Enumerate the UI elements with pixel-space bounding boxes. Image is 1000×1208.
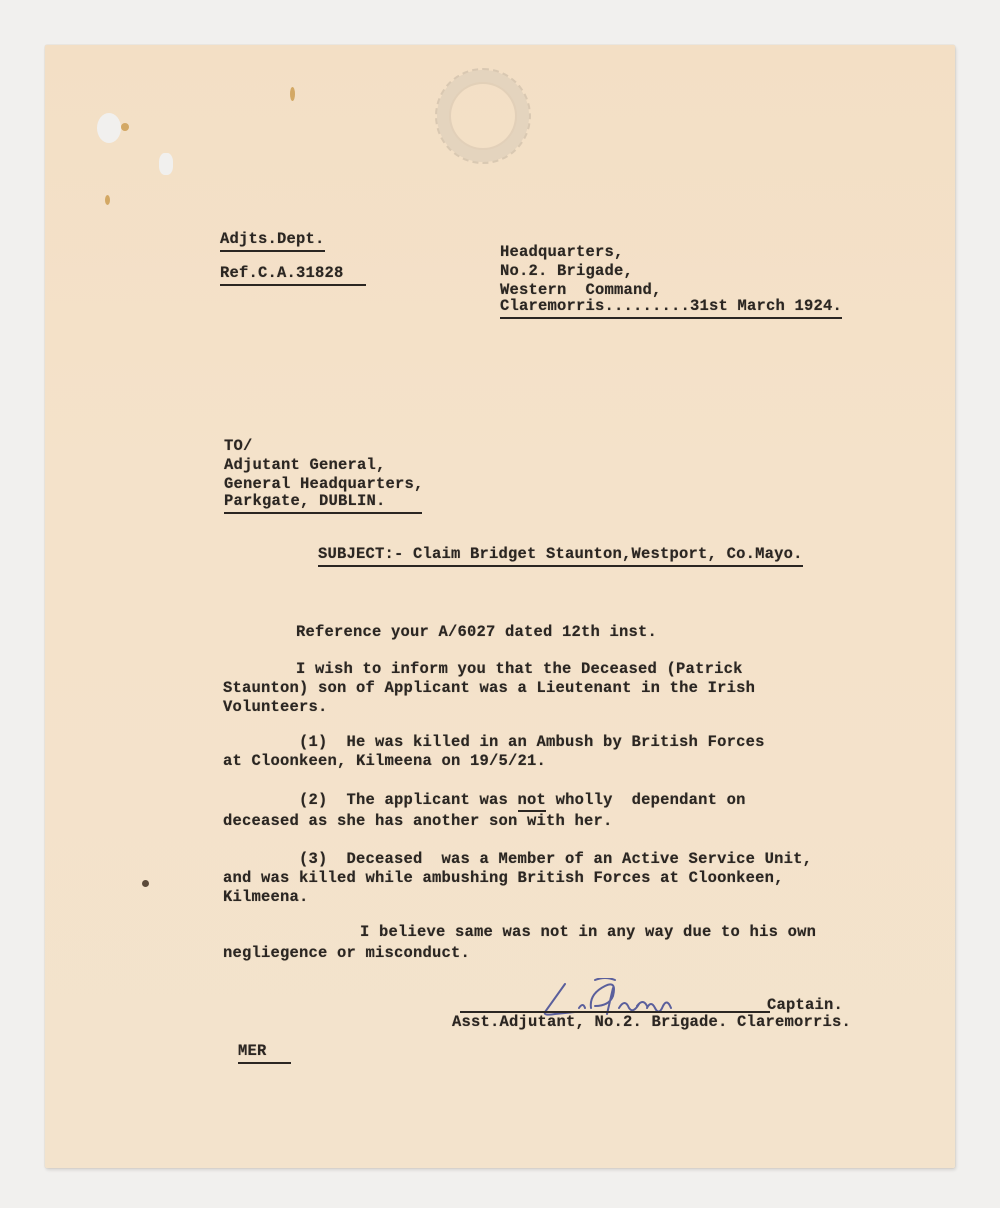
recipient-address-line: Adjutant General, [224, 456, 386, 475]
paragraph-line: Staunton) son of Applicant was a Lieuten… [223, 679, 755, 698]
item-3-line: (3) Deceased was a Member of an Active S… [299, 850, 812, 869]
closing-line: negliegence or misconduct. [223, 944, 470, 963]
item-2-line: (2) The applicant was not wholly dependa… [299, 791, 746, 810]
emphasis-not: not [518, 791, 547, 812]
sender-address-line: Headquarters, [500, 243, 624, 262]
subject-line: SUBJECT:- Claim Bridget Staunton,Westpor… [318, 545, 803, 567]
typist-initials: MER [238, 1042, 291, 1064]
paragraph-line: I wish to inform you that the Deceased (… [296, 660, 743, 679]
sender-address-line: No.2. Brigade, [500, 262, 633, 281]
ink-spot [142, 880, 149, 887]
item-3-line: and was killed while ambushing British F… [223, 869, 784, 888]
department-label: Adjts.Dept. [220, 230, 325, 252]
reference-line: Reference your A/6027 dated 12th inst. [296, 623, 657, 642]
item-2-line: deceased as she has another son with her… [223, 812, 613, 831]
embossed-seal-icon [435, 68, 531, 164]
item-2-suffix: wholly dependant on [546, 791, 746, 809]
rust-stain [121, 123, 129, 131]
rust-stain [290, 87, 295, 101]
item-1-line: (1) He was killed in an Ambush by Britis… [299, 733, 765, 752]
closing-line: I believe same was not in any way due to… [360, 923, 816, 942]
punch-hole [159, 153, 173, 175]
punch-hole [97, 113, 121, 143]
recipient-address-line: Parkgate, DUBLIN. [224, 492, 422, 514]
item-3-line: Kilmeena. [223, 888, 309, 907]
signatory-title: Asst.Adjutant, No.2. Brigade. Claremorri… [452, 1013, 851, 1032]
to-label: TO/ [224, 437, 253, 456]
reference-number: Ref.C.A.31828 [220, 264, 366, 286]
rust-stain [105, 195, 110, 205]
paragraph-line: Volunteers. [223, 698, 328, 717]
sender-address-date-line: Claremorris.........31st March 1924. [500, 297, 842, 319]
item-1-line: at Cloonkeen, Kilmeena on 19/5/21. [223, 752, 546, 771]
item-2-prefix: (2) The applicant was [299, 791, 518, 809]
